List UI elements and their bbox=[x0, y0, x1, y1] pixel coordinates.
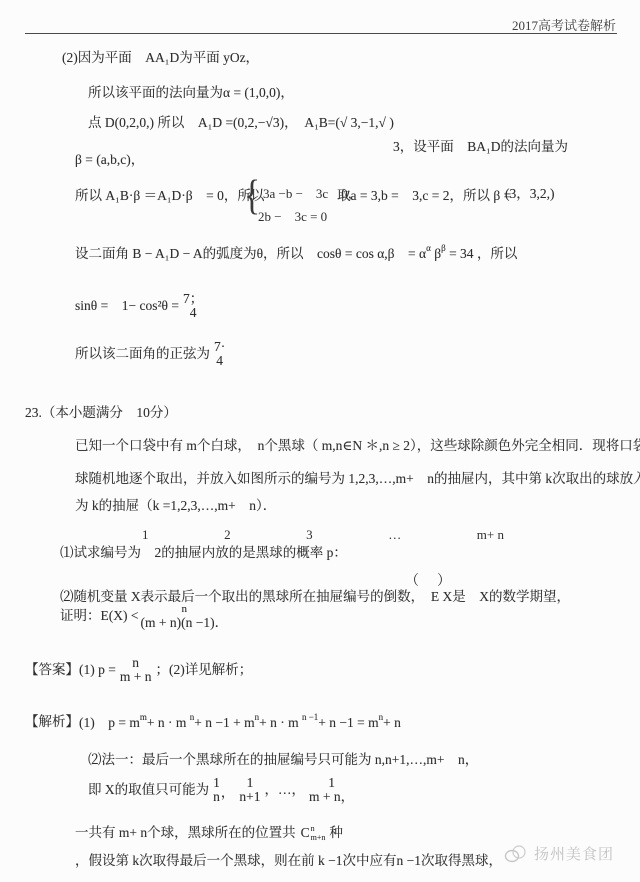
x-fraction-2-den: n+1 bbox=[239, 790, 260, 804]
formula-sup-1: m bbox=[140, 712, 147, 722]
analysis-formula: (1) p = mm+ n · m n+ n −1 + mn+ n · m n … bbox=[79, 712, 401, 732]
sine-fraction: 7· 4 bbox=[214, 340, 225, 368]
answer-part1-prefix: (1) p = bbox=[79, 662, 116, 679]
proof-fraction-numerator: n bbox=[182, 604, 188, 616]
sin-expression-text: sinθ = 1− cos²θ = bbox=[75, 298, 179, 315]
analysis-line-1: 【解析】 (1) p = mm+ n · m n+ n −1 + mn+ n ·… bbox=[25, 712, 401, 732]
x-fraction-3: 1 m + n， bbox=[309, 776, 354, 804]
drawer-label-3: 3 bbox=[306, 527, 313, 543]
sin-fraction-denominator: 4 bbox=[190, 306, 197, 320]
x-fraction-3-num: 1 bbox=[328, 776, 335, 790]
solution-line-2: 所以该平面的法向量为α = (1,0,0)， bbox=[88, 85, 294, 102]
solution-line-9: 所以该二面角的正弦为 7· 4 bbox=[75, 340, 229, 368]
document-page: 2017高考试卷解析 (2)因为平面 AA₁D为平面 yOz， 所以该平面的法向… bbox=[0, 0, 640, 882]
question-23-part-1: ⑴试求编号为 2的抽屉内放的是黑球的概率 p： bbox=[60, 545, 347, 562]
drawer-label-1: 1 bbox=[142, 527, 149, 543]
formula-seg-2: + n −1 + m bbox=[194, 715, 254, 730]
answer-fraction-numerator: n bbox=[132, 656, 139, 670]
formula-seg-4: + n −1 = m bbox=[318, 715, 378, 730]
cos-expression-text: 设二面角 B − A₁D − A的弧度为θ，所以 cosθ = cos α,β … bbox=[75, 246, 416, 261]
combination-symbol: C bbox=[301, 825, 310, 842]
watermark-logo-icon bbox=[503, 844, 529, 864]
analysis-label: 【解析】 bbox=[25, 714, 79, 731]
solution-line-7: 设二面角 B − A₁D − A的弧度为θ，所以 cosθ = cos α,β … bbox=[75, 243, 517, 263]
solution-line-8: sinθ = 1− cos²θ = 7； 4 bbox=[75, 292, 207, 320]
proof-fraction: n (m + n)(n −1)． bbox=[140, 604, 228, 630]
analysis-last-line: ，假设第 k次取得最后一个黑球，则在前 k −1次中应有n −1次取得黑球， bbox=[75, 853, 502, 870]
page-header-title: 2017高考试卷解析 bbox=[420, 15, 616, 34]
formula-seg-0: (1) p = m bbox=[79, 715, 140, 730]
answer-fraction: n m + n bbox=[120, 656, 152, 684]
watermark: 扬州美食团 bbox=[503, 843, 614, 864]
sine-fraction-numerator: 7· bbox=[214, 340, 225, 354]
drawer-label-ellipsis: … bbox=[388, 527, 401, 543]
formula-seg-1: + n · m bbox=[147, 715, 190, 730]
sin-fraction-numerator: 7； bbox=[183, 292, 203, 306]
x-fraction-1: 1 n bbox=[213, 776, 220, 804]
solution-line-1: (2)因为平面 AA₁D为平面 yOz， bbox=[62, 50, 259, 67]
analysis-x-values: 即 X的取值只可能为 1 n ， 1 n+1 ，…， 1 m + n， bbox=[88, 776, 358, 804]
formula-sup-4: n −1 bbox=[302, 712, 318, 722]
question-23-proof: 证明：E(X) < n (m + n)(n −1)． bbox=[60, 604, 230, 630]
proof-fraction-denominator: (m + n)(n −1)． bbox=[140, 616, 228, 630]
sine-conclusion-text: 所以该二面角的正弦为 bbox=[75, 346, 210, 363]
x-fraction-1-den: n bbox=[213, 790, 220, 804]
watermark-text: 扬州美食团 bbox=[534, 843, 614, 864]
analysis-positions-line: 一共有 m+ n个球，黑球所在的位置共 C n m+n 种 bbox=[75, 825, 343, 843]
solution-line-4: 3，设平面 BA₁D的法向量为 bbox=[393, 139, 568, 156]
x-fraction-3-den: m + n， bbox=[309, 790, 354, 804]
question-23-para-3: 为 k的抽屉（k =1,2,3,…,m+ n）． bbox=[75, 498, 276, 515]
x-fraction-2-num: 1 bbox=[247, 776, 254, 790]
sin-fraction: 7； 4 bbox=[183, 292, 203, 320]
x-fraction-2: 1 n+1 bbox=[239, 776, 260, 804]
header-divider bbox=[25, 33, 617, 34]
positions-prefix: 一共有 m+ n个球，黑球所在的位置共 bbox=[75, 825, 296, 842]
cos-suffix: ，所以 bbox=[477, 246, 518, 261]
solution-line-6-text: 所以 A₁B·β ＝A₁D·β = 0，所以 bbox=[75, 188, 264, 205]
beta-superscript: β bbox=[441, 243, 446, 253]
alpha-superscript: α bbox=[426, 243, 431, 253]
formula-seg-5: + n bbox=[383, 715, 401, 730]
positions-suffix: 种 bbox=[329, 825, 343, 842]
analysis-method-1: ⑵法一：最后一个黑球所在的抽屉编号只可能为 n,n+1,…,m+ n， bbox=[88, 752, 478, 769]
proof-prefix: 证明：E(X) < bbox=[60, 608, 138, 625]
sine-fraction-denominator: 4 bbox=[216, 354, 223, 368]
drawer-label-mn: m+ n bbox=[477, 527, 504, 543]
x-values-prefix: 即 X的取值只可能为 bbox=[88, 782, 209, 799]
formula-seg-3: + n · m bbox=[259, 715, 302, 730]
solution-line-5: β = (a,b,c)， bbox=[75, 152, 144, 169]
answer-part2-text: ；(2)详见解析； bbox=[155, 662, 252, 679]
floating-parentheses: （ ） bbox=[405, 570, 453, 590]
fraction-separator: ， bbox=[221, 785, 235, 802]
drawer-number-row: 1 2 3 … m+ n bbox=[142, 527, 504, 543]
question-23-title: 23.（本小题满分 10分） bbox=[25, 405, 177, 422]
solution-line-6-beta: (3，3,2,) bbox=[505, 186, 555, 203]
system-equation-2: 2b − 3c = 0 bbox=[258, 206, 327, 225]
cos-value: = 34 bbox=[449, 246, 474, 261]
drawer-label-2: 2 bbox=[224, 527, 231, 543]
question-23-para-2: 球随机地逐个取出，并放入如图所示的编号为 1,2,3,…,m+ n的抽屉内，其中… bbox=[75, 471, 640, 488]
solution-line-3: 点 D(0,2,0,) 所以 A₁D =(0,2,−√3)， A₁B=(√ 3,… bbox=[88, 115, 394, 132]
question-23-para-1: 已知一个口袋中有 m个白球， n个黑球（ m,n∈N ＊,n ≥ 2），这些球除… bbox=[75, 438, 640, 455]
fraction-ellipsis: ，…， bbox=[265, 782, 306, 799]
answer-line: 【答案】 (1) p = n m + n ；(2)详见解析； bbox=[25, 656, 252, 684]
combination-subscript: m+n bbox=[311, 834, 326, 843]
x-fraction-1-num: 1 bbox=[213, 776, 220, 790]
combination-scripts: n m+n bbox=[311, 825, 326, 843]
answer-fraction-denominator: m + n bbox=[120, 670, 152, 684]
solution-line-6-take: 取a = 3,b = 3,c = 2，所以 β = bbox=[337, 188, 511, 205]
answer-label: 【答案】 bbox=[25, 662, 79, 679]
